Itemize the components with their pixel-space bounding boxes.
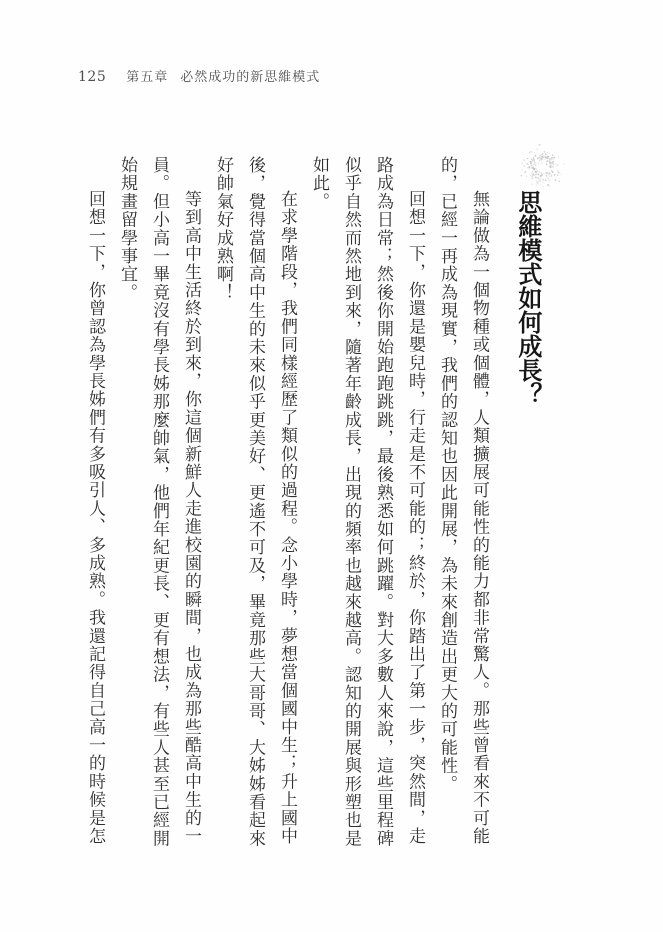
page-number: 125 [78, 69, 106, 85]
book-page: 125 第五章 必然成功的新思維模式 思維模式如何成長？ 無論做為一個物種或個體… [0, 0, 663, 932]
body-paragraph: 回想一下，你曾認為學長姊們有多吸引人、多成熟。我還記得自己高一的時候是怎 [79, 156, 111, 856]
starburst-ornament-icon [519, 144, 565, 190]
running-header: 125 第五章 必然成功的新思維模式 [78, 66, 320, 85]
section-title: 思維模式如何成長？ [513, 190, 543, 430]
chapter-title-text: 必然成功的新思維模式 [180, 66, 320, 85]
body-paragraph: 回想一下，你還是嬰兒時，行走是不可能的；終於，你踏出了第一步，突然間，走路成為日… [303, 156, 431, 856]
body-paragraph: 無論做為一個物種或個體，人類擴展可能性的能力都非常驚人。那些曾看來不可能的，已經… [431, 156, 495, 856]
chapter-label: 第五章 [126, 66, 168, 85]
body-paragraph: 等到高中生活終於到來，你這個新鮮人走進校園的瞬間，也成為那些酷高中生的一員。但小… [111, 156, 207, 856]
body-text: 無論做為一個物種或個體，人類擴展可能性的能力都非常驚人。那些曾看來不可能的，已經… [79, 156, 495, 856]
body-paragraph: 在求學階段，我們同樣經歷了類似的過程。念小學時，夢想當個國中生；升上國中後，覺得… [207, 156, 303, 856]
